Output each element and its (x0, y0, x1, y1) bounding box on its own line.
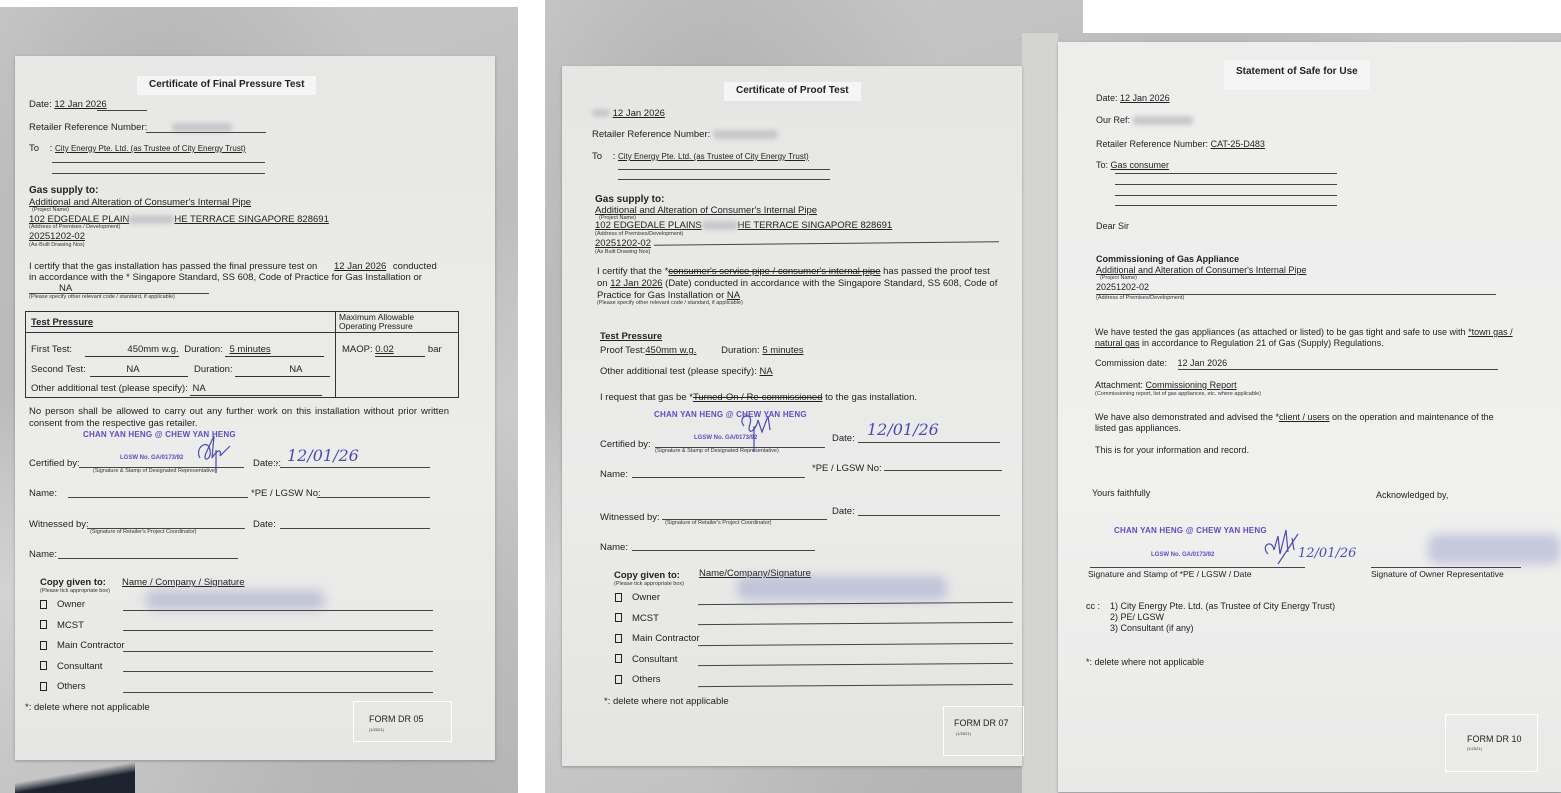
copy-recipient-row: MCST (615, 613, 1013, 625)
second-test-value: NA (90, 364, 188, 377)
proof-test-row: Proof Test:450mm w.g. Duration: 5 minute… (600, 345, 804, 357)
handwritten-date: 12/01/26 (867, 420, 939, 440)
copy-recipient-row: Consultant (40, 661, 433, 673)
copy-recipient-row: Others (40, 681, 433, 693)
final-pressure-test-certificate: Certificate of Final Pressure Test Date:… (15, 56, 495, 760)
copy-recipient-row: Consultant (615, 654, 1013, 666)
witness-name-field[interactable] (58, 558, 238, 559)
copy-recipient-row: Others (615, 674, 1013, 686)
date-value: 12 Jan 2026 (54, 99, 106, 110)
redacted-reference (713, 130, 778, 139)
acknowledged-label: Acknowledged by, (1376, 490, 1448, 501)
to-row: To : City Energy Pte. Ltd. (as Trustee o… (29, 143, 246, 155)
redacted-reference (172, 123, 232, 132)
cc-item: 1) City Energy Pte. Ltd. (as Trustee of … (1110, 601, 1335, 612)
pe-lgsw-field[interactable] (884, 470, 1002, 471)
duration-value: 5 minutes (762, 345, 803, 356)
recipient-signature-line[interactable] (698, 684, 1013, 687)
redacted-our-ref (1133, 116, 1193, 125)
checkbox[interactable] (615, 634, 622, 643)
date-row: Date: 12 Jan 2026 (1096, 93, 1170, 104)
test-pressure-table: Test Pressure Maximum Allowable Operatin… (25, 311, 459, 398)
date-row: 12 Jan 2026 (592, 108, 665, 120)
body-paragraph-3: This is for your information and record. (1095, 445, 1249, 456)
proof-test-value: 450mm w.g. (645, 345, 696, 356)
second-test-row: Second Test: NA Duration: NA (31, 364, 330, 377)
name-field[interactable] (68, 497, 248, 498)
form-number-box: FORM DR 07 (1/2021) (943, 706, 1024, 756)
maop-value: 0.02 (375, 344, 425, 357)
pe-lgsw-field[interactable] (317, 497, 430, 498)
commission-date-row: Commission date: 12 Jan 2026 (1095, 358, 1227, 369)
body-paragraph-2: We have also demonstrated and advised th… (1095, 412, 1515, 435)
document-title: Certificate of Proof Test (724, 82, 861, 101)
copy-recipient-row: Main Contractor (40, 640, 433, 652)
recipient-signature-line[interactable] (698, 602, 1013, 605)
witness-date-field[interactable] (858, 515, 1000, 516)
certify-statement: I certify that the *consumer's service p… (597, 266, 1002, 302)
notice-text: No person shall be allowed to carry out … (29, 406, 449, 430)
redacted-address (702, 221, 738, 230)
checkbox[interactable] (615, 654, 622, 663)
copy-recipient-row: MCST (40, 620, 433, 632)
document-title: Certificate of Final Pressure Test (137, 76, 316, 95)
recipient-signature-line[interactable] (123, 671, 433, 672)
page-edge (1022, 33, 1058, 793)
recipient-signature-line[interactable] (698, 663, 1013, 666)
first-duration: 5 minutes (225, 344, 324, 357)
form-number-box: FORM DR 05 (1/2021) (353, 701, 452, 742)
footnote: *: delete where not applicable (25, 702, 150, 714)
checkbox[interactable] (40, 641, 47, 650)
retailer-ref-value: CAT-25-D483 (1211, 139, 1265, 149)
recipient-signature-line[interactable] (698, 643, 1013, 646)
our-ref-row: Our Ref: (1096, 115, 1193, 126)
date-row: Date: 12 Jan 2026 (29, 99, 107, 111)
first-test-row: First Test: 450mm w.g. Duration: 5 minut… (31, 344, 324, 357)
checkbox[interactable] (40, 620, 47, 629)
attachment-row: Attachment: Commissioning Report (1095, 380, 1237, 391)
form-number-box: FORM DR 10 (1/2021) (1445, 714, 1538, 772)
other-test-row: Other additional test (please specify): … (600, 366, 773, 378)
copy-recipient-row: Main Contractor (615, 633, 1013, 645)
copy-recipient-row: Owner (615, 592, 1013, 604)
recipient-signature-line[interactable] (123, 692, 433, 693)
subject: Commissioning of Gas Appliance (1096, 254, 1239, 265)
handwritten-date: 12/01/26 (287, 446, 359, 466)
checkbox[interactable] (615, 593, 622, 602)
checkbox[interactable] (40, 661, 47, 670)
floor-shadow (15, 762, 135, 793)
statement-of-safe-for-use: Statement of Safe for Use Date: 12 Jan 2… (1058, 42, 1561, 792)
cc-item: 3) Consultant (if any) (1110, 623, 1194, 634)
witness-date-field[interactable] (280, 528, 430, 529)
cc-item: 2) PE/ LGSW (1110, 612, 1164, 623)
document-title: Statement of Safe for Use (1224, 60, 1370, 90)
witness-name-field[interactable] (632, 550, 815, 551)
to-row: To: Gas consumer (1096, 160, 1169, 171)
other-test-row: Other additional test (please specify): … (31, 383, 322, 396)
checkbox[interactable] (40, 600, 47, 609)
second-duration: NA (235, 364, 330, 377)
to-value: City Energy Pte. Ltd. (as Trustee of Cit… (55, 144, 246, 153)
footnote: *: delete where not applicable (1086, 657, 1204, 668)
retailer-ref-row: Retailer Reference Number: (592, 129, 778, 141)
proof-test-certificate: Certificate of Proof Test 12 Jan 2026 Re… (562, 66, 1022, 766)
closing: Yours faithfully (1092, 488, 1150, 499)
designated-rep-stamp: CHAN YAN HENG @ CHEW YAN HENG (654, 410, 807, 420)
gas-supply-label: Gas supply to: (29, 185, 98, 198)
request-statement: I request that gas be *Turned-On / Re-co… (600, 392, 917, 404)
footnote: *: delete where not applicable (604, 696, 729, 708)
pe-lgsw-stamp: CHAN YAN HENG @ CHEW YAN HENG (1114, 526, 1267, 536)
recipient-signature-line[interactable] (123, 610, 433, 611)
lgsw-license-stamp: LGSW No. GA/0173/92 (1151, 552, 1214, 560)
redacted-owner-signature (1428, 534, 1561, 564)
copy-recipient-row: Owner (40, 599, 433, 611)
recipient-signature-line[interactable] (698, 622, 1013, 625)
body-paragraph-1: We have tested the gas appliances (as at… (1095, 327, 1515, 350)
salutation: Dear Sir (1096, 221, 1129, 232)
checkbox[interactable] (40, 682, 47, 691)
retailer-ref-row: Retailer Reference Number: CAT-25-D483 (1096, 139, 1265, 150)
to-row: To : City Energy Pte. Ltd. (as Trustee o… (592, 151, 809, 163)
checkbox[interactable] (615, 613, 622, 622)
recipient-signature-line[interactable] (123, 651, 433, 652)
redacted-address (129, 215, 174, 224)
handwritten-date: 12/01/26 (1298, 546, 1356, 562)
first-test-value: 450mm w.g. (85, 344, 179, 357)
checkbox[interactable] (615, 675, 622, 684)
name-field[interactable] (632, 477, 805, 478)
lgsw-license-stamp: LGSW No. GA/0173/92 (120, 455, 183, 463)
recipient-signature-line[interactable] (123, 630, 433, 631)
maop-row: MAOP: 0.02 bar (342, 344, 442, 357)
